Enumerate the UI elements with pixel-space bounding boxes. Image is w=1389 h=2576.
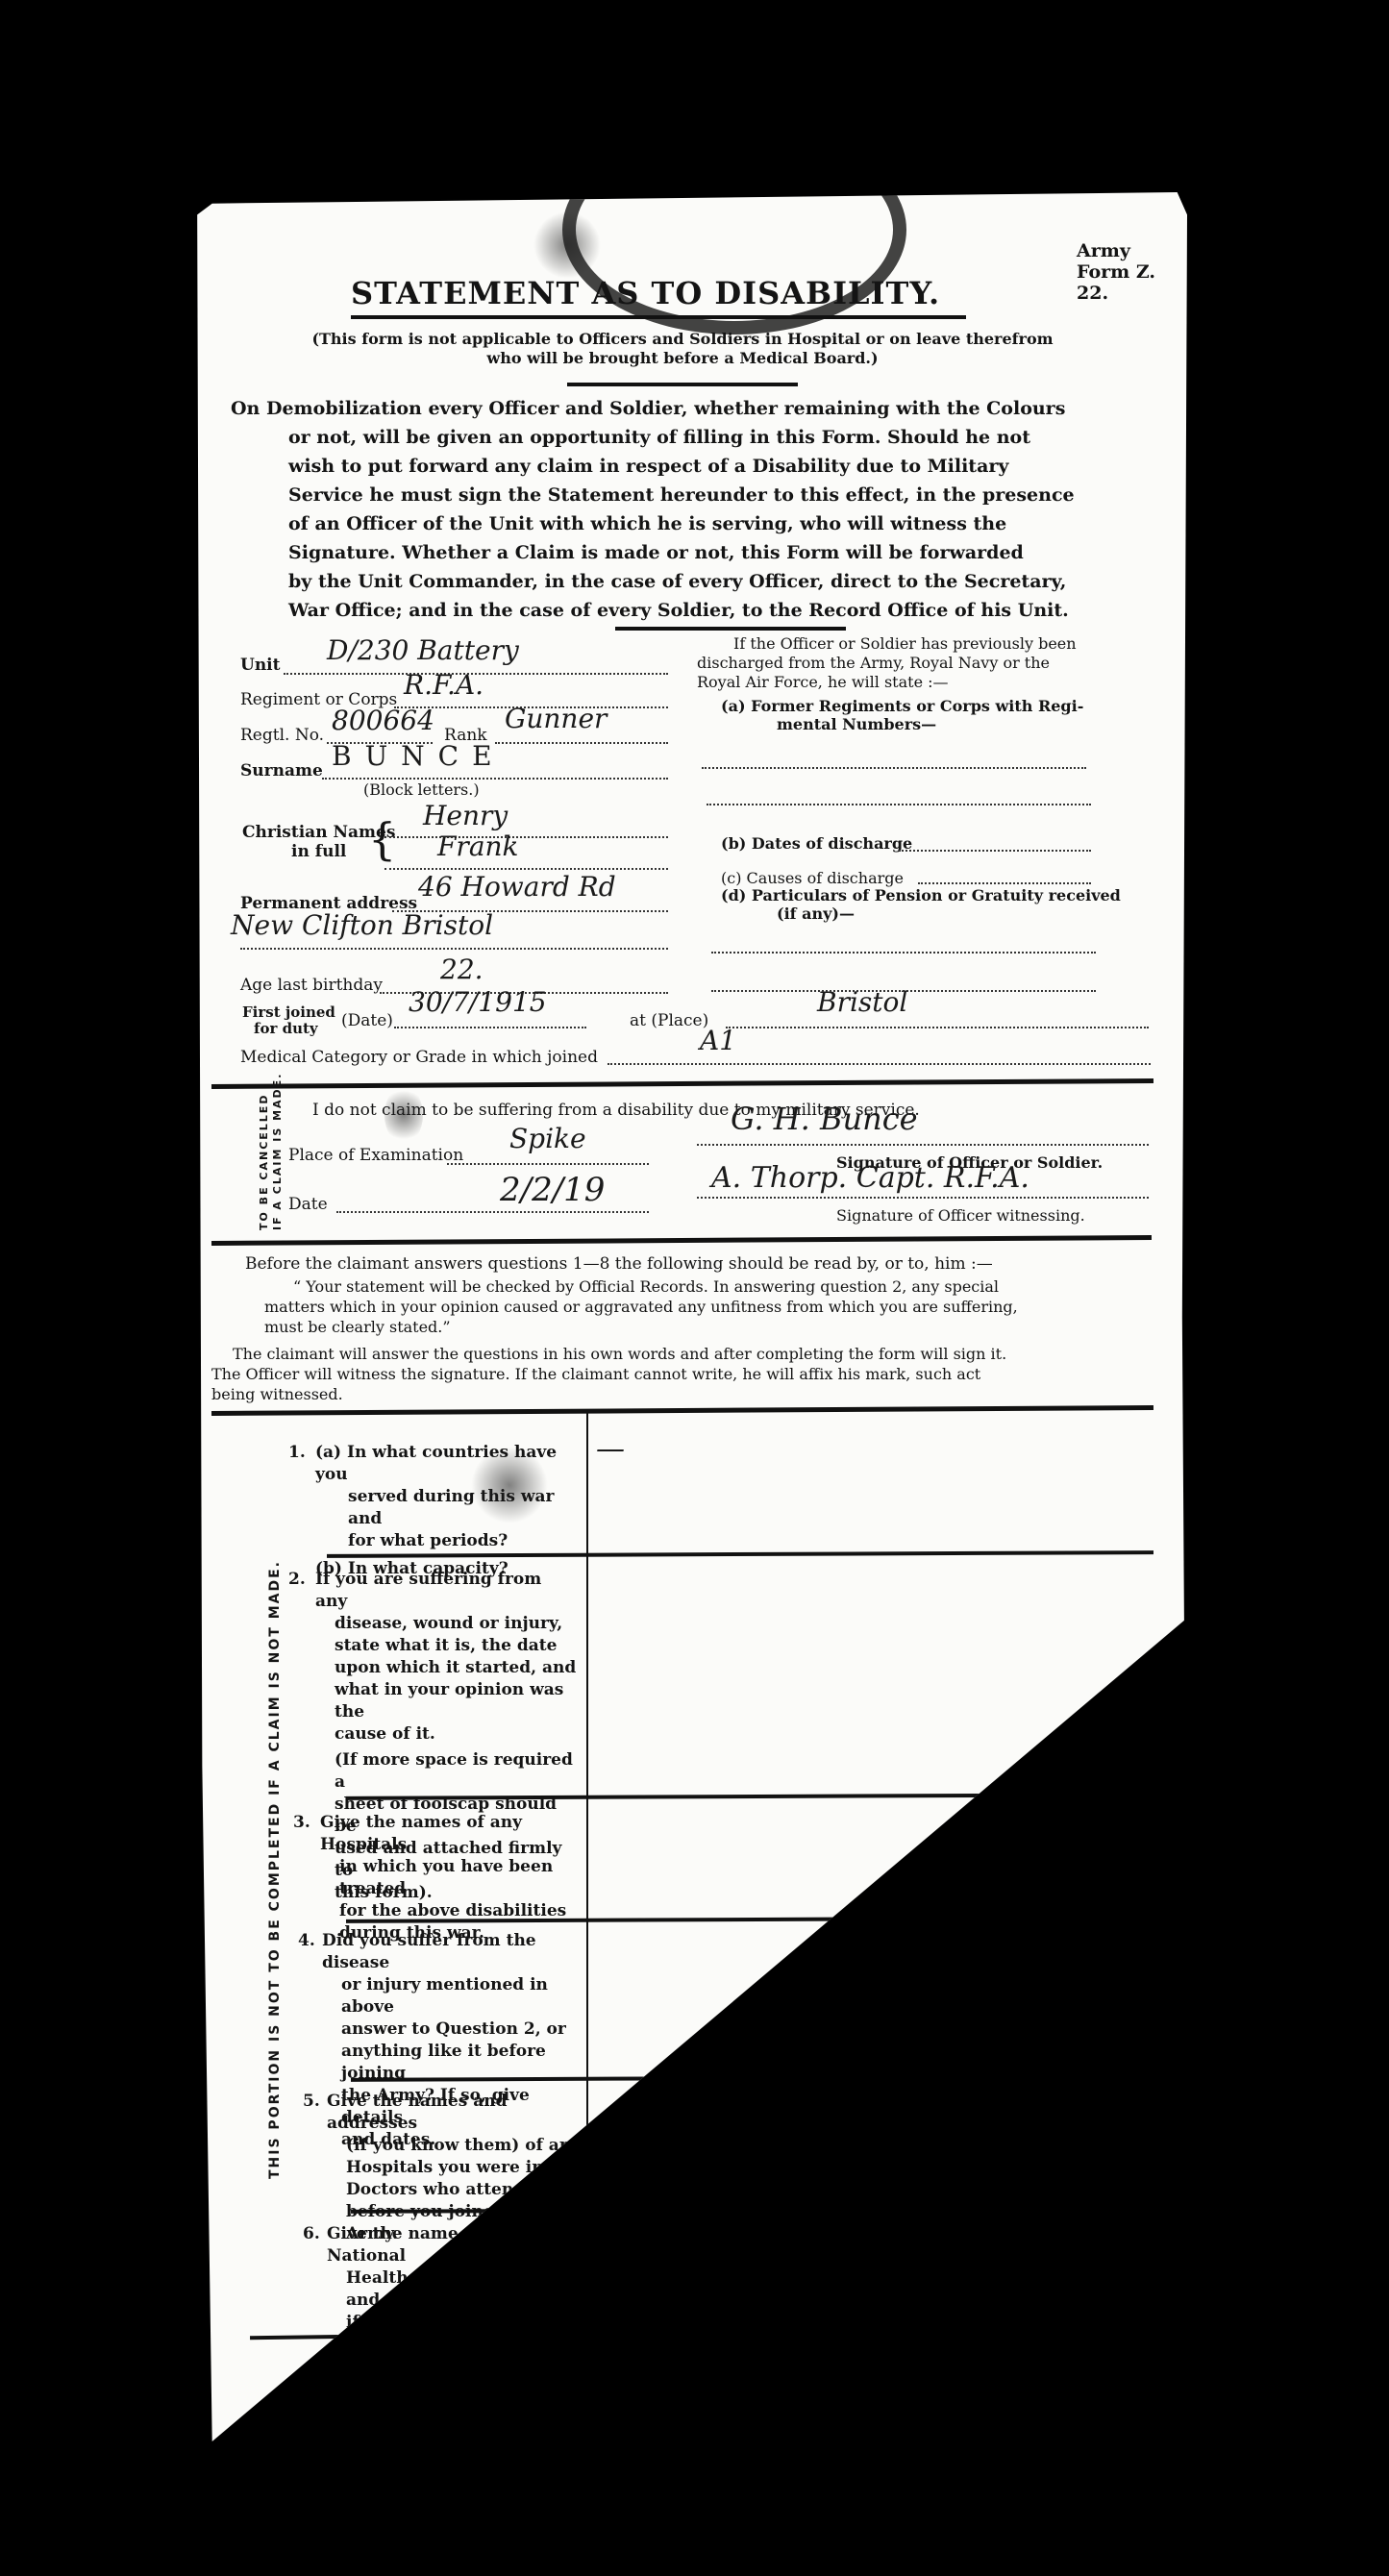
rank-value[interactable]: Gunner	[505, 703, 607, 734]
exam-date-value[interactable]: 2/2/19	[500, 1171, 605, 1209]
intro-paragraph: On Demobilization every Officer and Sold…	[231, 394, 1144, 625]
intro-line: by the Unit Commander, in the case of ev…	[231, 567, 1144, 596]
place-of-examination-label: Place of Examination	[288, 1146, 463, 1165]
claim-portion-side-label: THIS PORTION IS NOT TO BE COMPLETED IF A…	[267, 1432, 283, 2307]
intro-line: discharged from the Army, Royal Navy or …	[697, 654, 1077, 673]
question-6-answer[interactable]	[596, 2218, 1029, 2305]
officer-signature[interactable]: A. Thorp. Capt. R.F.A.	[711, 1161, 1029, 1195]
medical-category-value[interactable]: A1	[700, 1025, 736, 1056]
causes-of-discharge-label: (c) Causes of discharge	[721, 869, 904, 887]
christian-name-value-1[interactable]: Henry	[423, 800, 508, 831]
label-line: (d) Particulars of Pension or Gratuity r…	[721, 886, 1121, 904]
subtitle-line: who will be brought before a Medical Boa…	[288, 349, 1077, 368]
question-line: for what periods?	[288, 1530, 577, 1552]
quote-line: matters which in your opinion caused or …	[264, 1297, 1018, 1317]
side-label-line: IF A CLAIM IS MADE.	[271, 1073, 284, 1230]
form-number: Army Form Z. 22.	[1077, 240, 1187, 304]
question-3: 3. Give the names of any Hospitals in wh…	[293, 1812, 582, 1944]
place-of-examination-value[interactable]: Spike	[509, 1123, 586, 1154]
question-number: 6.	[303, 2223, 320, 2245]
unit-value[interactable]: D/230 Battery	[327, 634, 519, 666]
row-divider	[250, 2326, 980, 2341]
rank-field[interactable]	[495, 742, 668, 744]
medical-category-field[interactable]	[608, 1063, 1151, 1065]
first-joined-date-value[interactable]: 30/7/1915	[409, 986, 547, 1018]
exam-date-field[interactable]	[336, 1211, 649, 1213]
no-claim-side-label: TO BE CANCELLED IF A CLAIM IS MADE.	[258, 1091, 285, 1230]
pension-field-1[interactable]	[711, 952, 1096, 954]
instructions-paragraph: The claimant will answer the questions i…	[211, 1344, 1006, 1404]
question-5-answer[interactable]	[596, 2086, 1163, 2182]
question-line: (if you know them) of any	[303, 2135, 591, 2157]
question-line: upon which it started, and	[288, 1657, 577, 1679]
exam-date-label: Date	[288, 1195, 328, 1214]
question-3-answer[interactable]	[596, 1802, 1153, 1898]
christian-name-value-2[interactable]: Frank	[437, 830, 519, 862]
label-line: (if any)—	[721, 904, 1121, 923]
section-divider	[211, 1235, 1152, 1246]
column-divider	[586, 1413, 588, 2331]
question-number: 1.	[288, 1442, 306, 1464]
intro-line: of an Officer of the Unit with which he …	[231, 509, 1144, 538]
question-line: Give the name of your National	[303, 2223, 591, 2267]
question-4-answer[interactable]	[596, 1927, 1163, 2062]
intro-line: wish to put forward any claim in respect…	[231, 452, 1144, 481]
quote-line: must be clearly stated.”	[264, 1317, 1018, 1337]
question-line: if possible, your membership	[303, 2312, 591, 2356]
surname-label: Surname	[240, 761, 323, 780]
question-number: 2.	[288, 1569, 306, 1591]
question-line: Doctors who attended you	[303, 2179, 591, 2201]
question-number: 3.	[293, 1812, 310, 1834]
instructions-intro: Before the claimant answers questions 1—…	[245, 1254, 993, 1274]
medical-category-label: Medical Category or Grade in which joine…	[240, 1048, 598, 1067]
divider	[567, 383, 798, 386]
intro-line: Royal Air Force, he will state :—	[697, 673, 1077, 692]
question-line: Hospitals you were in or	[303, 2157, 591, 2179]
first-joined-date-field[interactable]	[394, 1027, 586, 1028]
question-line: what in your opinion was the	[288, 1679, 577, 1723]
side-label-line: TO BE CANCELLED	[258, 1094, 270, 1230]
label-line: mental Numbers—	[721, 715, 1083, 733]
soldier-signature-field[interactable]	[697, 1144, 1149, 1146]
question-line: in which you have been treated	[293, 1856, 582, 1900]
officer-signature-field[interactable]	[697, 1197, 1149, 1199]
date-label: (Date)	[341, 1011, 393, 1030]
former-regiments-field-2[interactable]	[707, 804, 1091, 805]
instructions-quote: “ Your statement will be checked by Offi…	[264, 1276, 1018, 1337]
surname-field[interactable]	[322, 778, 668, 780]
dates-of-discharge-label: (b) Dates of discharge	[721, 834, 912, 853]
question-2-answer[interactable]	[596, 1562, 1144, 1716]
intro-line: On Demobilization every Officer and Sold…	[231, 394, 1144, 423]
divider	[615, 627, 846, 631]
subtitle-line: (This form is not applicable to Officers…	[288, 330, 1077, 349]
question-line: Health Approved Society and,	[303, 2267, 591, 2312]
previous-discharge-intro: If the Officer or Soldier has previously…	[697, 634, 1077, 692]
age-value[interactable]: 22.	[440, 954, 484, 985]
question-line: state what it is, the date	[288, 1635, 577, 1657]
age-label: Age last birthday	[240, 976, 383, 995]
question-1-answer[interactable]: —	[596, 1432, 625, 1466]
question-line: (If more space is required a	[288, 1749, 577, 1794]
question-line: disease, wound or injury,	[288, 1613, 577, 1635]
regtl-no-label: Regtl. No.	[240, 726, 324, 745]
section-divider	[211, 1405, 1153, 1416]
address-field-2[interactable]	[240, 948, 668, 950]
brace-icon: {	[368, 817, 396, 861]
pension-label: (d) Particulars of Pension or Gratuity r…	[721, 886, 1121, 923]
question-number: 4.	[298, 1930, 315, 1952]
question-line: If you are suffering from any	[288, 1569, 577, 1613]
place-of-examination-field[interactable]	[447, 1163, 649, 1165]
page-title: STATEMENT AS TO DISABILITY.	[351, 275, 940, 311]
intro-line: Signature. Whether a Claim is made or no…	[231, 538, 1144, 567]
label-line: for duty	[242, 1021, 335, 1037]
first-joined-label: First joined for duty	[242, 1004, 335, 1037]
intro-line: If the Officer or Soldier has previously…	[697, 634, 1077, 654]
intro-line: Service he must sign the Statement hereu…	[231, 481, 1144, 509]
surname-value[interactable]: BUNCE	[332, 740, 506, 772]
dates-of-discharge-field[interactable]	[899, 850, 1091, 852]
question-number: 5.	[303, 2091, 320, 2113]
regiment-value[interactable]: R.F.A.	[404, 669, 484, 701]
question-line: cause of it.	[288, 1723, 577, 1746]
intro-line: War Office; and in the case of every Sol…	[231, 596, 1144, 625]
place-label: at (Place)	[630, 1011, 708, 1030]
christian-name-field-1[interactable]	[384, 836, 668, 838]
christian-name-field-2[interactable]	[384, 868, 668, 870]
question-line: number.	[303, 2356, 591, 2378]
former-regiments-field-1[interactable]	[702, 767, 1086, 769]
label-line: First joined	[242, 1004, 335, 1021]
ink-smudge	[384, 1086, 423, 1144]
document-page: Army Form Z. 22. STATEMENT AS TO DISABIL…	[192, 192, 1187, 2441]
question-line: answer to Question 2, or	[298, 2019, 586, 2041]
question-6: 6. Give the name of your National Health…	[303, 2223, 591, 2378]
pension-field-2[interactable]	[711, 990, 1096, 992]
ink-smudge	[533, 211, 601, 279]
block-letters-note: (Block letters.)	[363, 780, 480, 799]
question-line: Give the names of any Hospitals	[293, 1812, 582, 1856]
address-value-1[interactable]: 46 Howard Rd	[418, 871, 616, 903]
title-underline	[351, 315, 966, 319]
para-line: The claimant will answer the questions i…	[211, 1344, 1006, 1364]
address-value-2[interactable]: New Clifton Bristol	[231, 909, 493, 941]
question-line: Did you suffer from the disease	[298, 1930, 586, 1974]
regtl-no-value[interactable]: 800664	[332, 705, 434, 736]
print-code: [M4855] W6783/G1367 3000m 11/18 4LL	[298, 2372, 645, 2391]
officer-signature-label: Signature of Officer witnessing.	[836, 1206, 1085, 1225]
question-5: 5. Give the names and addresses (if you …	[303, 2091, 591, 2245]
form-subtitle: (This form is not applicable to Officers…	[288, 330, 1077, 368]
ink-smudge	[471, 1447, 548, 1523]
label-line: (a) Former Regiments or Corps with Regi-	[721, 697, 1083, 715]
causes-of-discharge-field[interactable]	[918, 882, 1091, 884]
question-line: or injury mentioned in above	[298, 1974, 586, 2019]
former-regiments-label: (a) Former Regiments or Corps with Regi-…	[721, 697, 1083, 733]
intro-line: or not, will be given an opportunity of …	[231, 423, 1144, 452]
unit-label: Unit	[240, 656, 281, 675]
soldier-signature[interactable]: G. H. Bunce	[731, 1101, 918, 1137]
section-divider	[211, 1078, 1153, 1089]
first-joined-place-field[interactable]	[726, 1027, 1149, 1028]
quote-line: “ Your statement will be checked by Offi…	[264, 1276, 1018, 1297]
question-line: Give the names and addresses	[303, 2091, 591, 2135]
para-line: being witnessed.	[211, 1384, 1006, 1404]
para-line: The Officer will witness the signature. …	[211, 1364, 1006, 1384]
